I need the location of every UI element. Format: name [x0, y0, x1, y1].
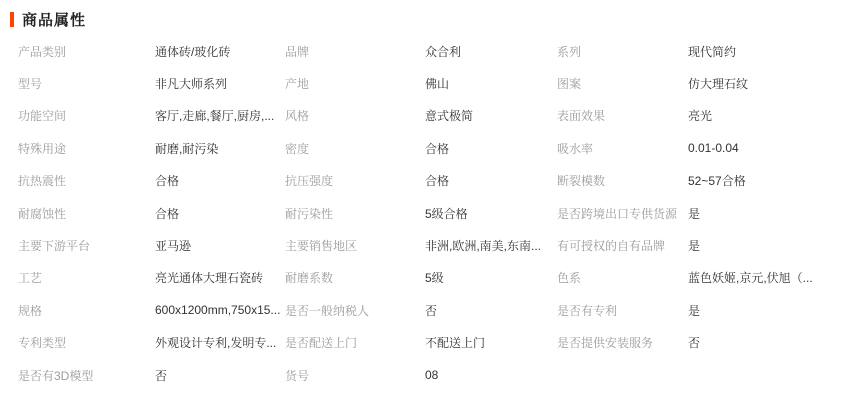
attr-value: 合格 [155, 205, 285, 222]
attr-label: 表面效果 [557, 107, 688, 124]
attr-label: 主要下游平台 [18, 237, 155, 254]
attr-value: 外观设计专利,发明专... [155, 334, 285, 351]
attr-label: 耐腐蚀性 [18, 205, 155, 222]
attr-row: 特殊用途耐磨,耐污染密度合格吸水率0.01-0.04 [18, 132, 842, 164]
attr-value: 众合利 [425, 43, 557, 60]
attr-value: 通体砖/玻化砖 [155, 43, 285, 60]
attr-value: 5级合格 [425, 205, 557, 222]
attr-label: 抗压强度 [285, 172, 425, 189]
attr-value: 仿大理石纹 [688, 75, 842, 92]
attr-value: 非凡大师系列 [155, 75, 285, 92]
attr-label: 抗热震性 [18, 172, 155, 189]
attr-value: 是 [688, 302, 842, 319]
attr-row: 耐腐蚀性合格耐污染性5级合格是否跨境出口专供货源是 [18, 197, 842, 229]
attr-value: 08 [425, 368, 557, 382]
attr-row: 型号非凡大师系列产地佛山图案仿大理石纹 [18, 67, 842, 99]
section-header: 商品属性 [0, 0, 842, 29]
attr-label: 是否一般纳税人 [285, 302, 425, 319]
attr-label: 是否有3D模型 [18, 367, 155, 384]
attr-row: 专利类型外观设计专利,发明专...是否配送上门不配送上门是否提供安装服务否 [18, 327, 842, 359]
attr-value: 耐磨,耐污染 [155, 140, 285, 157]
attr-label: 是否配送上门 [285, 334, 425, 351]
attr-label: 型号 [18, 75, 155, 92]
accent-bar-icon [10, 12, 14, 27]
attr-label: 图案 [557, 75, 688, 92]
attr-value: 否 [425, 302, 557, 319]
attr-value: 是 [688, 237, 842, 254]
attr-row: 功能空间客厅,走廊,餐厅,厨房,...风格意式极简表面效果亮光 [18, 100, 842, 132]
attr-value: 否 [155, 367, 285, 384]
attr-label: 风格 [285, 107, 425, 124]
attr-label: 耐污染性 [285, 205, 425, 222]
attr-label: 工艺 [18, 269, 155, 286]
attr-value: 佛山 [425, 75, 557, 92]
attr-value: 是 [688, 205, 842, 222]
attr-row: 主要下游平台亚马逊主要销售地区非洲,欧洲,南美,东南...有可授权的自有品牌是 [18, 229, 842, 261]
attr-value: 否 [688, 334, 842, 351]
attr-label: 有可授权的自有品牌 [557, 237, 688, 254]
attr-value: 意式极简 [425, 107, 557, 124]
attr-row: 抗热震性合格抗压强度合格断裂模数52~57合格 [18, 165, 842, 197]
attr-row: 是否有3D模型否货号08 [18, 359, 842, 391]
attr-value: 蓝色妖姬,京元,伏旭（... [688, 269, 842, 286]
attr-value: 合格 [425, 140, 557, 157]
attr-value: 客厅,走廊,餐厅,厨房,... [155, 107, 285, 124]
attr-label: 系列 [557, 43, 688, 60]
product-attributes-section: 商品属性 产品类别通体砖/玻化砖品牌众合利系列现代简约型号非凡大师系列产地佛山图… [0, 0, 842, 400]
attr-value: 5级 [425, 269, 557, 286]
attr-label: 断裂模数 [557, 172, 688, 189]
attr-label: 吸水率 [557, 140, 688, 157]
attr-label: 特殊用途 [18, 140, 155, 157]
attr-row: 产品类别通体砖/玻化砖品牌众合利系列现代简约 [18, 35, 842, 67]
section-title: 商品属性 [22, 9, 86, 30]
attr-value: 52~57合格 [688, 172, 842, 189]
attr-value: 亮光 [688, 107, 842, 124]
attr-label: 耐磨系数 [285, 269, 425, 286]
attr-label: 密度 [285, 140, 425, 157]
attr-value: 合格 [155, 172, 285, 189]
attr-value: 亚马逊 [155, 237, 285, 254]
attr-value: 非洲,欧洲,南美,东南... [425, 237, 557, 254]
attr-row: 规格600x1200mm,750x15...是否一般纳税人否是否有专利是 [18, 294, 842, 326]
attr-value: 不配送上门 [425, 334, 557, 351]
attr-label: 是否有专利 [557, 302, 688, 319]
attr-value: 现代简约 [688, 43, 842, 60]
attr-label: 品牌 [285, 43, 425, 60]
attr-label: 功能空间 [18, 107, 155, 124]
attr-label: 是否跨境出口专供货源 [557, 205, 688, 222]
attr-label: 规格 [18, 302, 155, 319]
attr-row: 工艺亮光通体大理石瓷砖耐磨系数5级色系蓝色妖姬,京元,伏旭（... [18, 262, 842, 294]
attr-label: 产地 [285, 75, 425, 92]
attr-value: 合格 [425, 172, 557, 189]
attr-label: 产品类别 [18, 43, 155, 60]
attr-label: 色系 [557, 269, 688, 286]
attr-label: 是否提供安装服务 [557, 334, 688, 351]
attr-value: 亮光通体大理石瓷砖 [155, 269, 285, 286]
attributes-table: 产品类别通体砖/玻化砖品牌众合利系列现代简约型号非凡大师系列产地佛山图案仿大理石… [0, 35, 842, 391]
attr-value: 0.01-0.04 [688, 141, 842, 155]
attr-label: 主要销售地区 [285, 237, 425, 254]
attr-label: 货号 [285, 367, 425, 384]
attr-label: 专利类型 [18, 334, 155, 351]
attr-value: 600x1200mm,750x15... [155, 303, 285, 317]
